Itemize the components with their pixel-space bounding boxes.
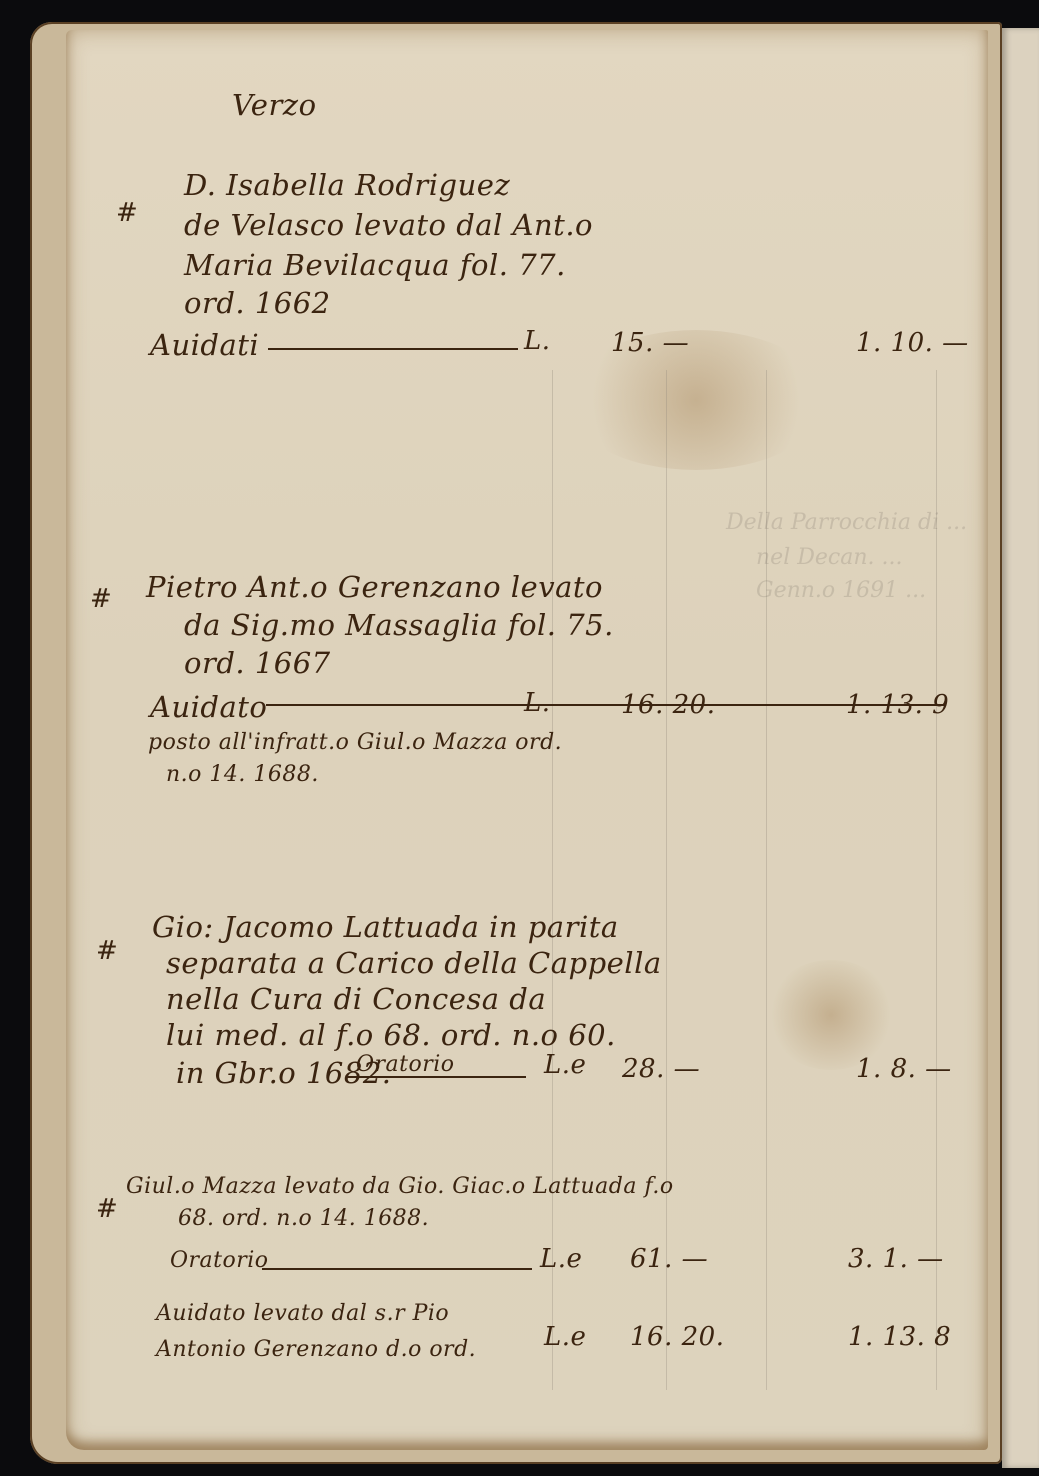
currency-mark: L.e bbox=[544, 1050, 586, 1080]
entry-line: de Velasco levato dal Ant.o bbox=[184, 208, 593, 242]
entry-line: separata a Carico della Cappella bbox=[166, 946, 662, 980]
entry-line: Gio: Jacomo Lattuada in parita bbox=[152, 910, 619, 944]
water-stain bbox=[566, 330, 826, 470]
entry-mark: # bbox=[90, 584, 112, 614]
facing-page-edge bbox=[1002, 28, 1039, 1468]
amount-secondary: 1. 8. — bbox=[856, 1054, 952, 1084]
leader-line bbox=[268, 348, 518, 350]
entry-line: nella Cura di Concesa da bbox=[166, 982, 546, 1016]
entry-mark: # bbox=[96, 1194, 118, 1224]
item-label: Oratorio bbox=[356, 1052, 455, 1077]
currency-mark: L.e bbox=[544, 1322, 586, 1352]
amount: 28. — bbox=[622, 1054, 700, 1084]
entry-line: lui med. al f.o 68. ord. n.o 60. bbox=[166, 1018, 616, 1052]
note-line: posto all'infratt.o Giul.o Mazza ord. bbox=[148, 730, 562, 755]
amount: 15. — bbox=[611, 328, 689, 358]
entry-mark: # bbox=[116, 198, 138, 228]
note-line: n.o 14. 1688. bbox=[166, 762, 319, 787]
entry-line: ord. 1662 bbox=[184, 286, 331, 320]
amount-secondary: 1. 10. — bbox=[856, 328, 969, 358]
manuscript-page: Della Parrocchia di ... nel Decan. ... G… bbox=[66, 30, 988, 1450]
entry-line: Maria Bevilacqua fol. 77. bbox=[184, 248, 566, 282]
entry-mark: # bbox=[96, 936, 118, 966]
bleed-through-text: Genn.o 1691 ... bbox=[756, 578, 926, 603]
item-label: Auidato levato dal s.r Pio Antonio Geren… bbox=[156, 1296, 536, 1368]
amount: 61. — bbox=[630, 1244, 708, 1274]
entry-line: ord. 1667 bbox=[184, 646, 331, 680]
amount-secondary: 3. 1. — bbox=[848, 1244, 944, 1274]
column-rule bbox=[666, 370, 667, 1390]
strikethrough-line bbox=[266, 704, 946, 706]
item-label: Oratorio bbox=[170, 1248, 269, 1273]
currency-mark: L.e bbox=[540, 1244, 582, 1274]
currency-mark: L. bbox=[524, 326, 551, 356]
entry-line: Giul.o Mazza levato da Gio. Giac.o Lattu… bbox=[126, 1174, 674, 1199]
entry-line: 68. ord. n.o 14. 1688. bbox=[178, 1206, 429, 1231]
item-label: Auidato bbox=[150, 690, 267, 724]
leader-line bbox=[262, 1268, 532, 1270]
entry-line: Pietro Ant.o Gerenzano levato bbox=[146, 570, 603, 604]
amount: 16. 20. bbox=[630, 1322, 724, 1352]
entry-line: da Sig.mo Massaglia fol. 75. bbox=[184, 608, 614, 642]
currency-mark: L. bbox=[524, 688, 551, 718]
entry-line: D. Isabella Rodriguez bbox=[184, 168, 510, 202]
amount-secondary: 1. 13. 8 bbox=[848, 1322, 951, 1352]
bleed-through-text: nel Decan. ... bbox=[756, 545, 902, 570]
page-heading: Verzo bbox=[232, 88, 317, 122]
leader-line bbox=[346, 1076, 526, 1078]
item-label: Auidati bbox=[150, 328, 259, 362]
column-rule bbox=[552, 370, 553, 1390]
bleed-through-text: Della Parrocchia di ... bbox=[726, 510, 967, 535]
